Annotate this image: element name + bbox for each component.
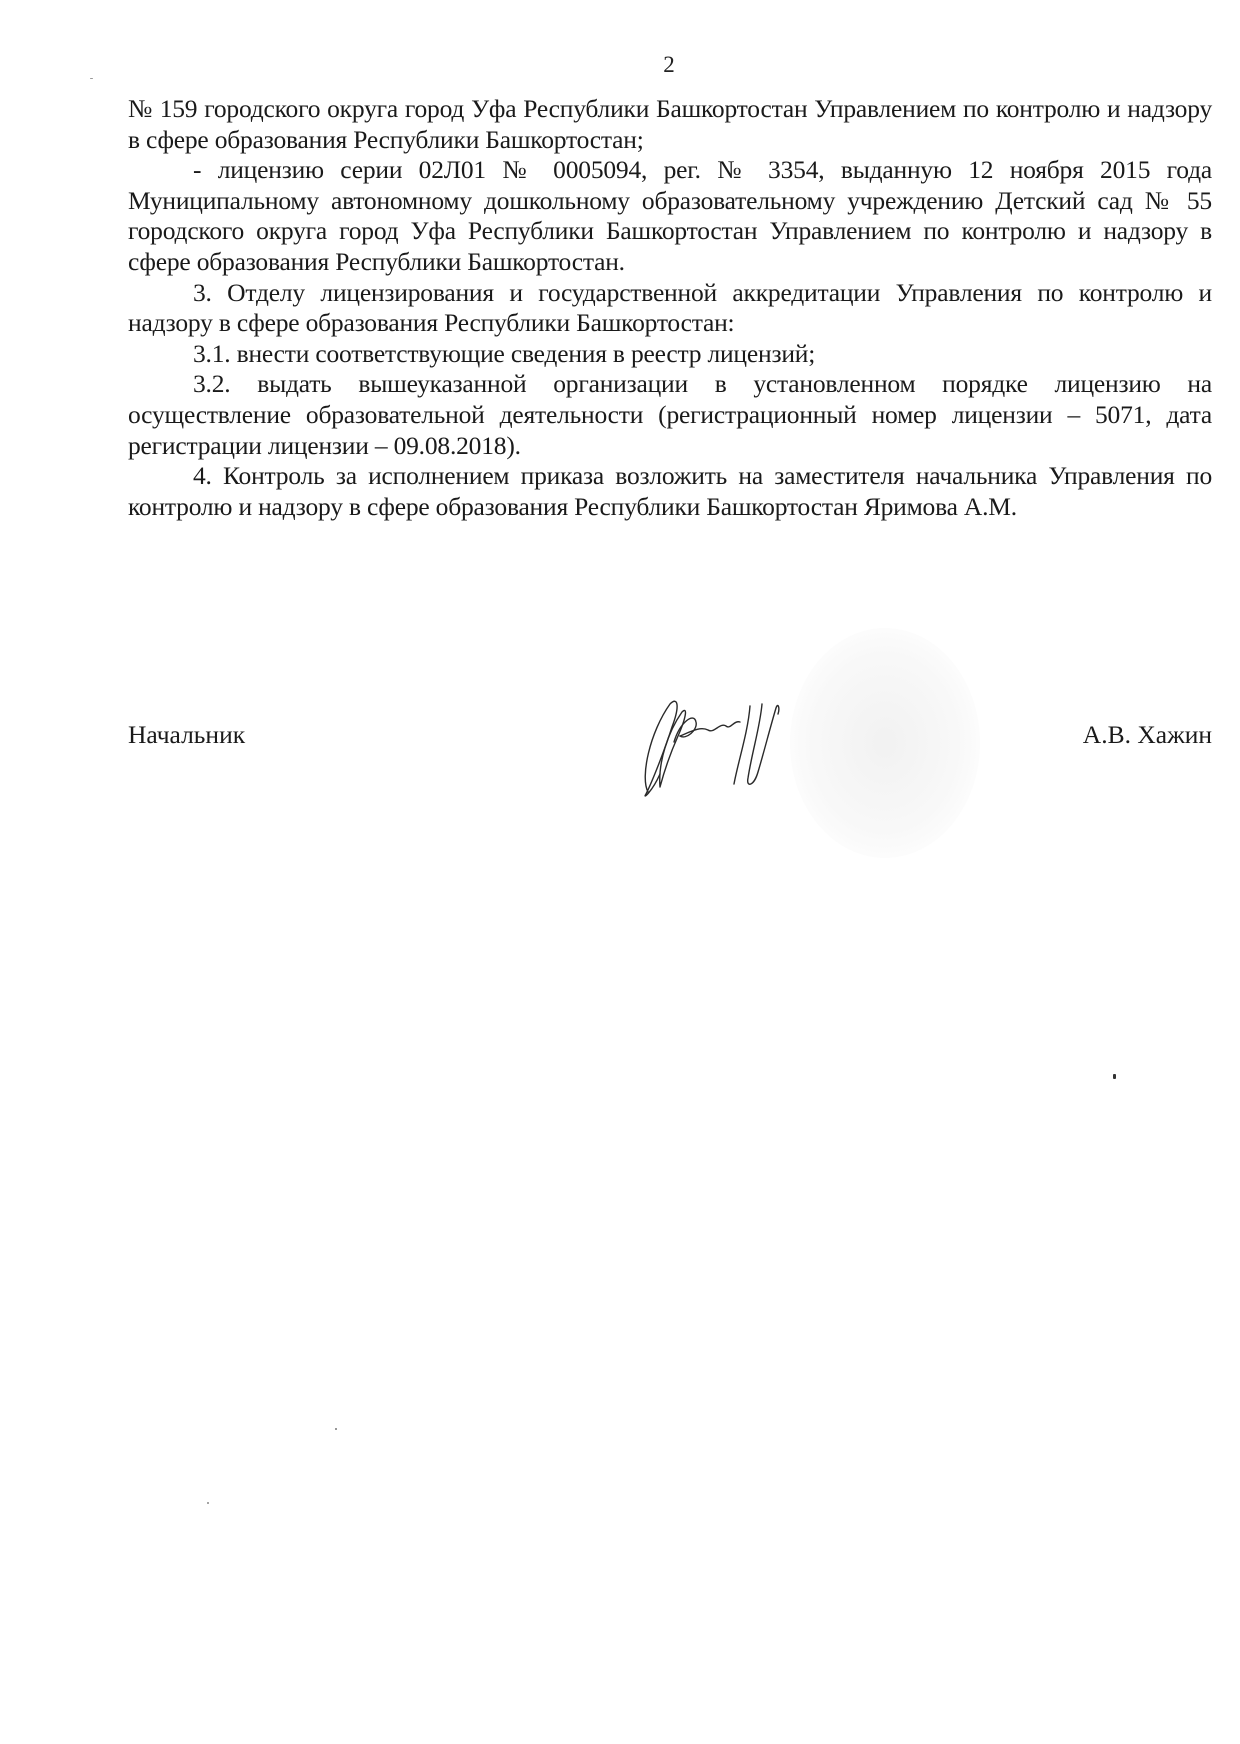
document-body: № 159 городского округа город Уфа Респуб… [128,94,1212,522]
paragraph-continuation: № 159 городского округа город Уфа Респуб… [128,94,1212,155]
signer-name: А.В. Хажин [1083,720,1212,750]
scan-speck [207,1502,209,1504]
scan-speck [1113,1074,1116,1079]
paragraph-item-3-1: 3.1. внести соответствующие сведения в р… [128,339,1212,370]
paragraph-license-item: - лицензию серии 02Л01 № 0005094, рег. №… [128,155,1212,277]
scan-speck [335,1428,337,1430]
paragraph-item-3-2: 3.2. выдать вышеуказанной организации в … [128,369,1212,461]
paragraph-item-4: 4. Контроль за исполнением приказа возло… [128,461,1212,522]
handwritten-signature-icon [630,692,810,802]
paragraph-item-3: 3. Отделу лицензирования и государственн… [128,278,1212,339]
scan-speck [90,78,93,79]
signer-title: Начальник [128,720,245,750]
page-number: 2 [0,52,1240,78]
